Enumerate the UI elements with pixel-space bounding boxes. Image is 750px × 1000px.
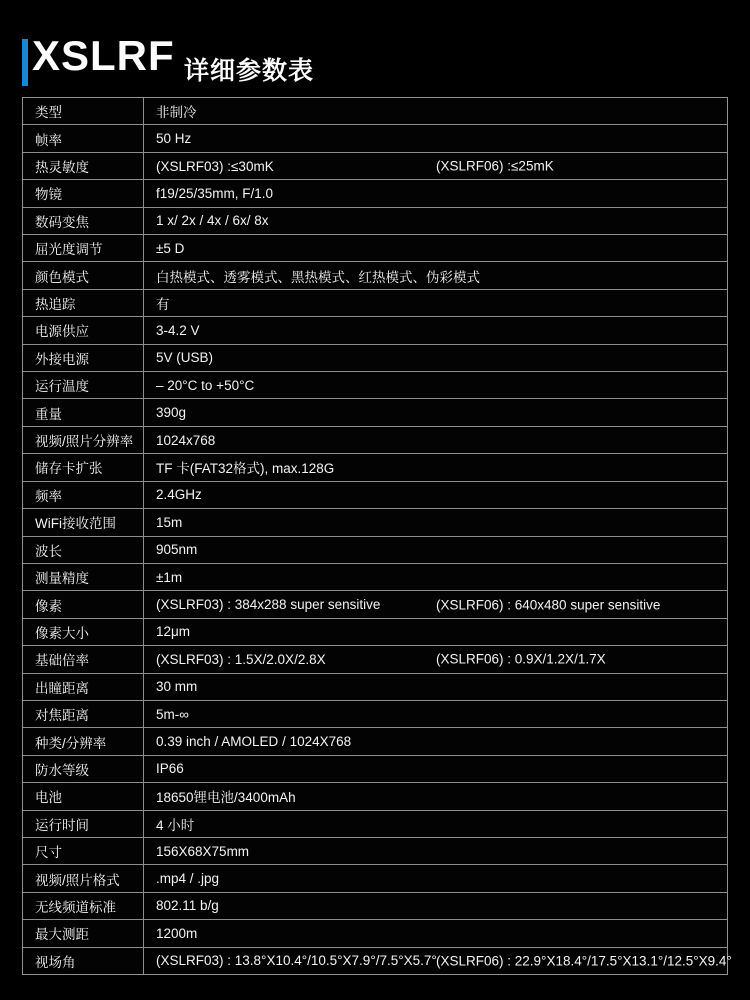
spec-table: 类型 非制冷 帧率 50 Hz 热灵敏度 (XSLRF03) :≤30mK (X… — [22, 97, 728, 975]
table-row: 出瞳距离 30 mm — [23, 673, 727, 700]
spec-value-primary: 50 Hz — [156, 131, 191, 146]
spec-value: (XSLRF03) : 13.8°X10.4°/10.5°X7.9°/7.5°X… — [144, 948, 727, 974]
spec-value-primary: (XSLRF03) : 13.8°X10.4°/10.5°X7.9°/7.5°X… — [156, 953, 437, 968]
table-row: 数码变焦 1 x/ 2x / 4x / 6x/ 8x — [23, 207, 727, 234]
table-row: 热灵敏度 (XSLRF03) :≤30mK (XSLRF06) :≤25mK — [23, 152, 727, 179]
spec-value-primary: 18650锂电池/3400mAh — [156, 786, 296, 806]
spec-value-primary: 390g — [156, 405, 186, 420]
spec-page: XSLRF 详细参数表 类型 非制冷 帧率 50 Hz 热灵敏度 (XSLRF0… — [0, 0, 750, 1000]
table-row: 尺寸 156X68X75mm — [23, 837, 727, 864]
spec-value: 50 Hz — [144, 125, 727, 151]
spec-value-primary: 5V (USB) — [156, 350, 213, 365]
spec-value-primary: 156X68X75mm — [156, 844, 249, 859]
spec-value: ±5 D — [144, 235, 727, 261]
spec-value: 0.39 inch / AMOLED / 1024X768 — [144, 728, 727, 754]
spec-label: 视频/照片分辨率 — [23, 427, 144, 453]
spec-label: 类型 — [23, 98, 144, 124]
table-row: 对焦距离 5m-∞ — [23, 700, 727, 727]
spec-value-primary: 有 — [156, 293, 170, 313]
spec-label: 基础倍率 — [23, 646, 144, 672]
table-row: 热追踪 有 — [23, 289, 727, 316]
spec-label: 颜色模式 — [23, 262, 144, 288]
spec-value: (XSLRF03) : 384x288 super sensitive (XSL… — [144, 591, 727, 617]
table-row: WiFi接收范围 15m — [23, 508, 727, 535]
table-row: 像素大小 12μm — [23, 618, 727, 645]
table-row: 视频/照片分辨率 1024x768 — [23, 426, 727, 453]
page-header: XSLRF 详细参数表 — [0, 0, 750, 97]
spec-value-primary: (XSLRF03) : 384x288 super sensitive — [156, 597, 380, 612]
spec-label: 频率 — [23, 482, 144, 508]
table-row: 重量 390g — [23, 398, 727, 425]
spec-value: 390g — [144, 399, 727, 425]
table-row: 最大测距 1200m — [23, 919, 727, 946]
spec-value-primary: (XSLRF03) : 1.5X/2.0X/2.8X — [156, 652, 326, 667]
spec-label: 运行时间 — [23, 811, 144, 837]
spec-label: 视场角 — [23, 948, 144, 974]
spec-value: f19/25/35mm, F/1.0 — [144, 180, 727, 206]
table-row: 颜色模式 白热模式、透雾模式、黑热模式、红热模式、伪彩模式 — [23, 261, 727, 288]
spec-value-primary: IP66 — [156, 761, 184, 776]
spec-label: 像素 — [23, 591, 144, 617]
spec-value: 1024x768 — [144, 427, 727, 453]
spec-label: 热追踪 — [23, 290, 144, 316]
spec-value-primary: (XSLRF03) :≤30mK — [156, 159, 274, 174]
table-row: 电源供应 3-4.2 V — [23, 316, 727, 343]
brand-title: XSLRF — [32, 33, 175, 79]
spec-value: 2.4GHz — [144, 482, 727, 508]
spec-label: WiFi接收范围 — [23, 509, 144, 535]
spec-label: 对焦距离 — [23, 701, 144, 727]
spec-value: (XSLRF03) : 1.5X/2.0X/2.8X (XSLRF06) : 0… — [144, 646, 727, 672]
spec-value-primary: 905nm — [156, 542, 197, 557]
table-row: 无线频道标准 802.11 b/g — [23, 892, 727, 919]
spec-label: 热灵敏度 — [23, 153, 144, 179]
spec-value: 5m-∞ — [144, 701, 727, 727]
spec-value: (XSLRF03) :≤30mK (XSLRF06) :≤25mK — [144, 153, 727, 179]
spec-value-primary: ±1m — [156, 570, 182, 585]
spec-label: 测量精度 — [23, 564, 144, 590]
spec-value-primary: TF 卡(FAT32格式), max.128G — [156, 457, 334, 477]
spec-value: 3-4.2 V — [144, 317, 727, 343]
table-row: 基础倍率 (XSLRF03) : 1.5X/2.0X/2.8X (XSLRF06… — [23, 645, 727, 672]
spec-label: 帧率 — [23, 125, 144, 151]
spec-value: 905nm — [144, 537, 727, 563]
table-row: 波长 905nm — [23, 536, 727, 563]
spec-label: 电池 — [23, 783, 144, 809]
table-row: 外接电源 5V (USB) — [23, 344, 727, 371]
spec-value-primary: 802.11 b/g — [156, 898, 219, 913]
spec-label: 电源供应 — [23, 317, 144, 343]
spec-value: IP66 — [144, 756, 727, 782]
spec-value-primary: 30 mm — [156, 679, 197, 694]
spec-label: 无线频道标准 — [23, 893, 144, 919]
spec-value-primary: f19/25/35mm, F/1.0 — [156, 186, 273, 201]
spec-label: 种类/分辨率 — [23, 728, 144, 754]
spec-value: TF 卡(FAT32格式), max.128G — [144, 454, 727, 480]
spec-value-secondary: (XSLRF06) : 640x480 super sensitive — [436, 597, 660, 612]
table-row: 像素 (XSLRF03) : 384x288 super sensitive (… — [23, 590, 727, 617]
spec-label: 运行温度 — [23, 372, 144, 398]
spec-value: 18650锂电池/3400mAh — [144, 783, 727, 809]
table-row: 视频/照片格式 .mp4 / .jpg — [23, 864, 727, 891]
spec-label: 重量 — [23, 399, 144, 425]
spec-value: 156X68X75mm — [144, 838, 727, 864]
spec-label: 防水等级 — [23, 756, 144, 782]
spec-value-secondary: (XSLRF06) : 22.9°X18.4°/17.5°X13.1°/12.5… — [436, 953, 732, 968]
spec-label: 储存卡扩张 — [23, 454, 144, 480]
spec-value: 非制冷 — [144, 98, 727, 124]
spec-value: 30 mm — [144, 674, 727, 700]
table-row: 防水等级 IP66 — [23, 755, 727, 782]
page-title: 详细参数表 — [184, 51, 314, 87]
spec-value-primary: ±5 D — [156, 241, 184, 256]
table-row: 电池 18650锂电池/3400mAh — [23, 782, 727, 809]
spec-label: 数码变焦 — [23, 208, 144, 234]
spec-value-primary: 4 小时 — [156, 814, 194, 834]
spec-value: 白热模式、透雾模式、黑热模式、红热模式、伪彩模式 — [144, 262, 727, 288]
table-row: 视场角 (XSLRF03) : 13.8°X10.4°/10.5°X7.9°/7… — [23, 947, 727, 974]
table-row: 类型 非制冷 — [23, 98, 727, 124]
table-row: 屈光度调节 ±5 D — [23, 234, 727, 261]
table-row: 物镜 f19/25/35mm, F/1.0 — [23, 179, 727, 206]
spec-label: 像素大小 — [23, 619, 144, 645]
spec-value: 1 x/ 2x / 4x / 6x/ 8x — [144, 208, 727, 234]
spec-value-secondary: (XSLRF06) : 0.9X/1.2X/1.7X — [436, 652, 606, 667]
spec-value-primary: 1200m — [156, 926, 197, 941]
spec-value: 有 — [144, 290, 727, 316]
spec-value-primary: 3-4.2 V — [156, 323, 200, 338]
spec-label: 物镜 — [23, 180, 144, 206]
spec-value-primary: 1 x/ 2x / 4x / 6x/ 8x — [156, 213, 269, 228]
spec-label: 屈光度调节 — [23, 235, 144, 261]
table-row: 测量精度 ±1m — [23, 563, 727, 590]
spec-value-primary: – 20°C to +50°C — [156, 378, 254, 393]
spec-value-primary: 15m — [156, 515, 182, 530]
table-row: 种类/分辨率 0.39 inch / AMOLED / 1024X768 — [23, 727, 727, 754]
spec-label: 波长 — [23, 537, 144, 563]
spec-value: 802.11 b/g — [144, 893, 727, 919]
accent-bar — [22, 39, 28, 86]
spec-value: 15m — [144, 509, 727, 535]
spec-label: 尺寸 — [23, 838, 144, 864]
spec-value-secondary: (XSLRF06) :≤25mK — [436, 159, 554, 174]
spec-value-primary: 非制冷 — [156, 101, 197, 121]
spec-value-primary: 5m-∞ — [156, 707, 189, 722]
spec-value: – 20°C to +50°C — [144, 372, 727, 398]
spec-value-primary: 12μm — [156, 624, 190, 639]
spec-value: 5V (USB) — [144, 345, 727, 371]
spec-value: 1200m — [144, 920, 727, 946]
spec-label: 最大测距 — [23, 920, 144, 946]
table-row: 储存卡扩张 TF 卡(FAT32格式), max.128G — [23, 453, 727, 480]
spec-value: 12μm — [144, 619, 727, 645]
spec-value-primary: 1024x768 — [156, 433, 215, 448]
table-row: 帧率 50 Hz — [23, 124, 727, 151]
spec-value: 4 小时 — [144, 811, 727, 837]
spec-value-primary: 白热模式、透雾模式、黑热模式、红热模式、伪彩模式 — [156, 266, 480, 286]
spec-value-primary: 0.39 inch / AMOLED / 1024X768 — [156, 734, 351, 749]
spec-value-primary: .mp4 / .jpg — [156, 871, 219, 886]
spec-label: 出瞳距离 — [23, 674, 144, 700]
spec-value-primary: 2.4GHz — [156, 487, 202, 502]
spec-value: ±1m — [144, 564, 727, 590]
spec-label: 外接电源 — [23, 345, 144, 371]
spec-label: 视频/照片格式 — [23, 865, 144, 891]
table-row: 运行温度 – 20°C to +50°C — [23, 371, 727, 398]
spec-value: .mp4 / .jpg — [144, 865, 727, 891]
table-row: 运行时间 4 小时 — [23, 810, 727, 837]
table-row: 频率 2.4GHz — [23, 481, 727, 508]
